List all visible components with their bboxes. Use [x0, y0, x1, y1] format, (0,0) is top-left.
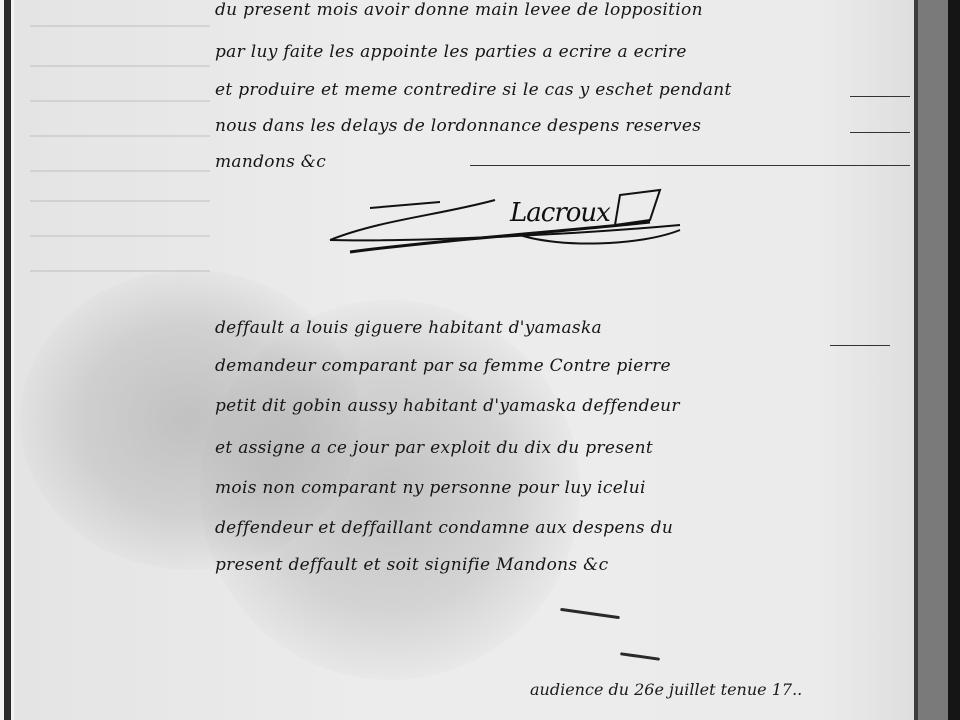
bleed-through-line — [30, 235, 210, 237]
signature: Lacroux — [320, 180, 700, 260]
paragraph-1-line: mandons &c — [215, 152, 326, 172]
paragraph-1-line: nous dans les delays de lordonnance desp… — [215, 116, 701, 136]
line-end-rule — [850, 96, 910, 97]
bleed-through-line — [30, 65, 210, 67]
paragraph-2-line: mois non comparant ny personne pour luy … — [215, 478, 646, 498]
bleed-through-line — [30, 200, 210, 202]
audience-date-line: audience du 26e juillet tenue 17.. — [530, 680, 802, 699]
bleed-through-line — [30, 135, 210, 137]
paragraph-2-line: deffendeur et deffaillant condamne aux d… — [215, 518, 673, 538]
paragraph-1-line: par luy faite les appointe les parties a… — [215, 42, 687, 62]
scan-margin — [918, 0, 948, 720]
left-margin-rule — [4, 0, 11, 720]
paragraph-2-line: petit dit gobin aussy habitant d'yamaska… — [215, 396, 680, 416]
signature-name: Lacroux — [510, 198, 610, 228]
scan-border — [948, 0, 960, 720]
paragraph-2-line: et assigne a ce jour par exploit du dix … — [215, 438, 653, 458]
closing-rule — [470, 165, 910, 166]
paragraph-1-line: du present mois avoir donne main levee d… — [215, 0, 703, 20]
bleed-through-line — [30, 170, 210, 172]
line-end-rule — [850, 132, 910, 133]
paragraph-2-line: deffault a louis giguere habitant d'yama… — [215, 318, 602, 338]
paragraph-1-line: et produire et meme contredire si le cas… — [215, 80, 732, 100]
paragraph-2-line: present deffault et soit signifie Mandon… — [215, 555, 608, 575]
bleed-through-line — [30, 25, 210, 27]
line-end-rule — [830, 345, 890, 346]
bleed-through-line — [30, 100, 210, 102]
paragraph-2-line: demandeur comparant par sa femme Contre … — [215, 356, 671, 376]
